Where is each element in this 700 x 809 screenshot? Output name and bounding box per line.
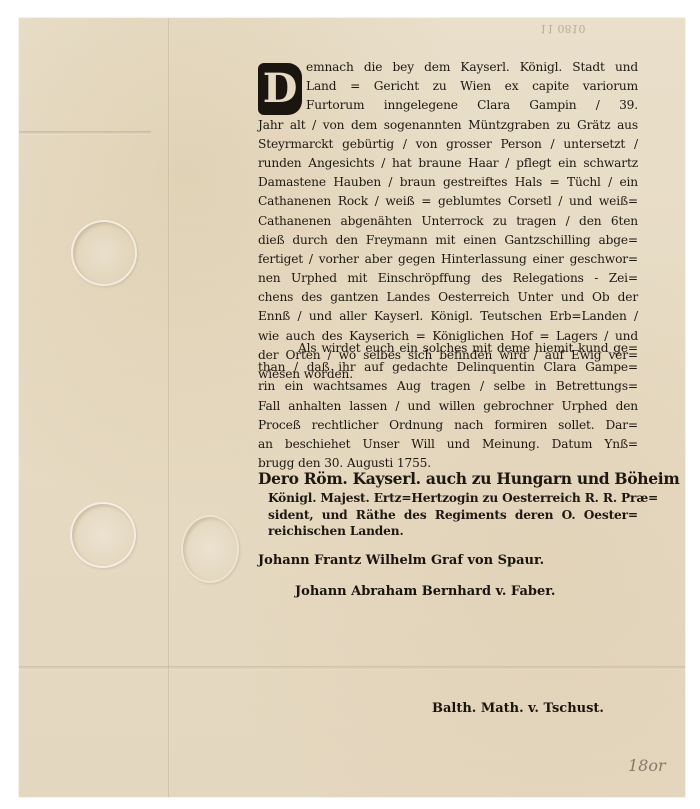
text-line: chens des gantzen Landes Oesterreich Unt… xyxy=(258,288,638,307)
text-line: Ennß / und aller Kayserl. Königl. Teutsc… xyxy=(258,307,638,326)
text-line: runden Angesichts / hat braune Haar / pf… xyxy=(258,154,638,173)
ornamental-initial: D xyxy=(258,63,302,115)
top-fold-crease xyxy=(19,131,151,135)
text-line: Land = Gericht zu Wien ex capite varioru… xyxy=(258,77,638,96)
bottom-fold-crease xyxy=(19,666,685,670)
text-line: Fall anhalten lassen / und willen gebroc… xyxy=(258,397,638,416)
text-line: than / daß ihr auf gedachte Delinquentin… xyxy=(258,358,638,377)
text-line: nen Urphed mit Einschröpffung des Relega… xyxy=(258,269,638,288)
text-line: emnach die bey dem Kayserl. Königl. Stad… xyxy=(258,58,638,77)
signatory-faber: Johann Abraham Bernhard v. Faber. xyxy=(295,584,555,599)
archive-mark: 11 0810 xyxy=(540,22,586,35)
text-line: an beschiehet Unser Will und Meinung. Da… xyxy=(258,435,638,454)
text-line: Furtorum inngelegene Clara Gampin / 39. xyxy=(258,96,638,115)
embossed-seal-impression xyxy=(181,515,239,583)
text-line: Damastene Hauben / braun gestreiftes Hal… xyxy=(258,173,638,192)
decree-paragraph-1: D emnach die bey dem Kayserl. Königl. St… xyxy=(258,58,638,384)
embossed-seal-lower xyxy=(70,502,136,568)
authority-title: Dero Röm. Kayserl. auch zu Hungarn und B… xyxy=(258,468,638,490)
embossed-seal-upper xyxy=(71,220,137,286)
text-line: Steyrmarckt gebürtig / von grosser Perso… xyxy=(258,135,638,154)
text-line: Königl. Majest. Ertz=Hertzogin zu Oester… xyxy=(268,490,638,507)
authority-description: Königl. Majest. Ertz=Hertzogin zu Oester… xyxy=(258,490,638,540)
text-line: dieß durch den Freymann mit einen Gantzs… xyxy=(258,231,638,250)
text-line: Proceß rechtlicher Ordnung nach formiren… xyxy=(258,416,638,435)
signatory-tschust: Balth. Math. v. Tschust. xyxy=(432,701,604,716)
text-line: Cathanenen Rock / weiß = geblumtes Corse… xyxy=(258,192,638,211)
text-line: rin ein wachtsames Aug tragen / selbe in… xyxy=(258,377,638,396)
decree-paragraph-2: Als wirdet euch ein solches mit deme hie… xyxy=(258,339,638,473)
text-line: sident, und Räthe des Regiments deren O.… xyxy=(268,507,638,524)
text-line: Jahr alt / von dem sogenannten Müntzgrab… xyxy=(258,116,638,135)
text-line: reichischen Landen. xyxy=(268,523,638,540)
handwritten-price-note: 18or xyxy=(628,756,666,775)
text-line: fertiget / vorher aber gegen Hinterlassu… xyxy=(258,250,638,269)
vertical-fold-crease xyxy=(168,18,170,797)
issuing-authority: Dero Röm. Kayserl. auch zu Hungarn und B… xyxy=(258,468,638,540)
text-line: Als wirdet euch ein solches mit deme hie… xyxy=(258,339,638,358)
signatory-spaur: Johann Frantz Wilhelm Graf von Spaur. xyxy=(258,553,544,568)
text-line: Cathanenen abgenähten Unterrock zu trage… xyxy=(258,212,638,231)
